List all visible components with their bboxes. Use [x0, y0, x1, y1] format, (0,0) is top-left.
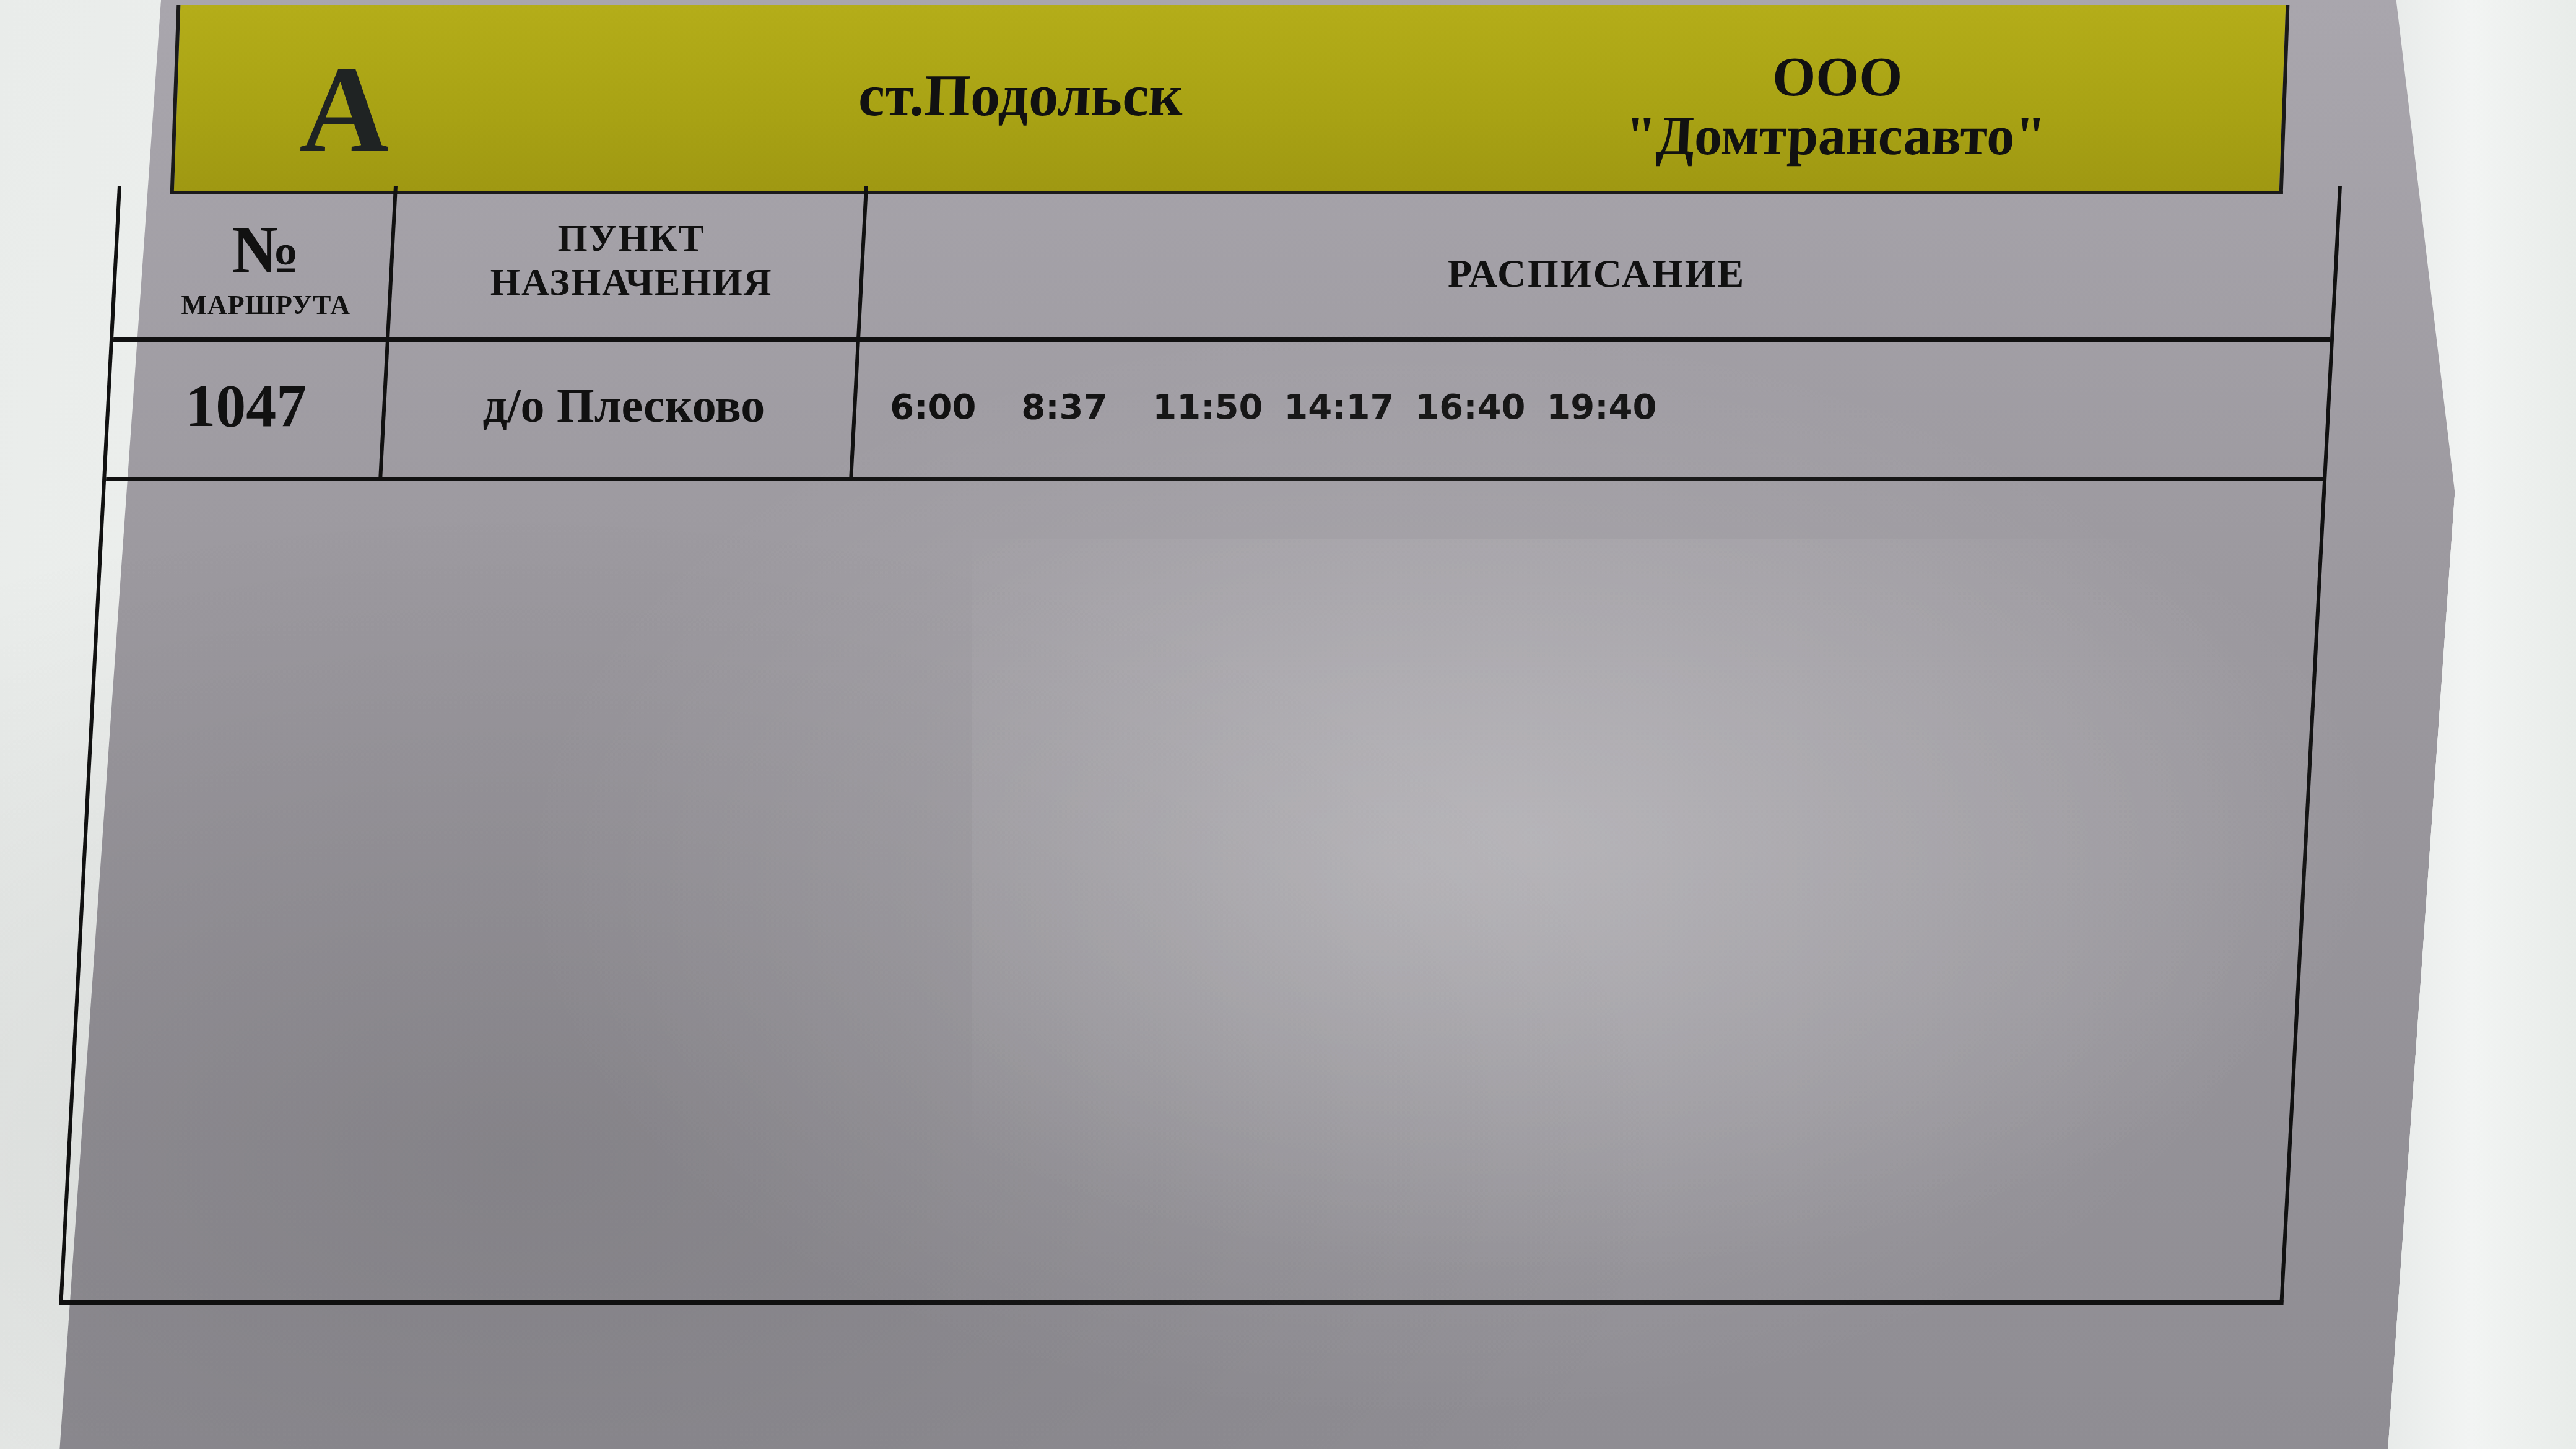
bus-schedule-board: А ст.Подольск ООО "Домтрансавто" № МАРШР… [167, 0, 2285, 1300]
header-schedule: РАСПИСАНИЕ [872, 251, 2321, 297]
company-title: "Домтрансавто" [1586, 107, 2084, 166]
number-label: МАРШРУТА [142, 289, 389, 321]
row-divider [113, 337, 2330, 342]
departure-time: 19:40 [1546, 387, 1677, 427]
header-route-number: № МАРШРУТА [142, 211, 389, 321]
number-symbol: № [142, 211, 389, 289]
header-band: А ст.Подольск ООО "Домтрансавто" [170, 5, 2290, 194]
route-number: 1047 [122, 372, 370, 441]
row-divider [106, 477, 2323, 481]
departure-time: 14:17 [1284, 387, 1415, 427]
station-name: ст.Подольск [857, 61, 1184, 129]
company-name: ООО "Домтрансавто" [1586, 48, 2086, 165]
company-type: ООО [1589, 48, 2086, 107]
schedule-table: № МАРШРУТА ПУНКТ НАЗНАЧЕНИЯ РАСПИСАНИЕ 1… [59, 186, 2342, 1305]
route-letter: А [298, 39, 392, 181]
header-destination: ПУНКТ НАЗНАЧЕНИЯ [409, 217, 855, 305]
destination-header-line1: ПУНКТ [409, 217, 855, 261]
departure-time: 16:40 [1415, 387, 1546, 427]
departure-time: 8:37 [1021, 387, 1152, 427]
destination-header-line2: НАЗНАЧЕНИЯ [409, 261, 855, 305]
destination: д/о Плесково [401, 378, 846, 433]
departure-times: 6:00 8:37 11:50 14:17 16:40 19:40 [890, 387, 1677, 427]
departure-time: 6:00 [890, 387, 1021, 427]
departure-time: 11:50 [1152, 387, 1284, 427]
